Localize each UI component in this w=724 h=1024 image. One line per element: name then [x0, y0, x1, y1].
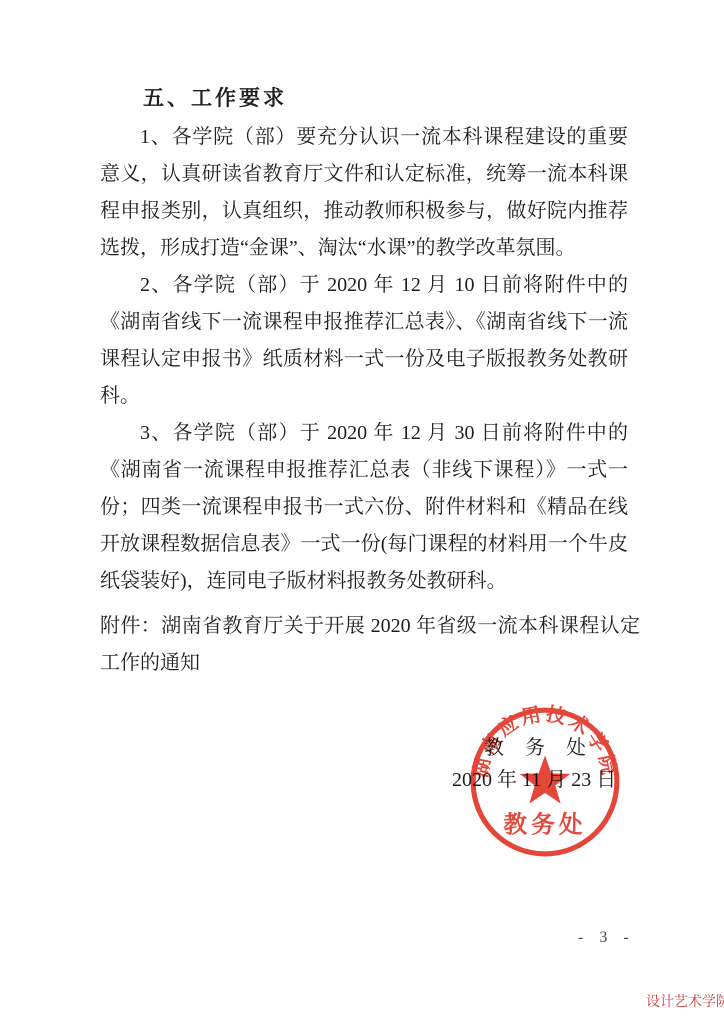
body-paragraph: 1、各学院（部）要充分认识一流本科课程建设的重要意义，认真研读省教育厅文件和认定…	[100, 119, 628, 267]
attachment-note: 附件：湖南省教育厅关于开展 2020 年省级一流本科课程认定工作的通知	[100, 608, 640, 682]
body-paragraph: 2、各学院（部）于 2020 年 12 月 10 日前将附件中的《湖南省线下一流…	[100, 267, 628, 415]
body-paragraph: 3、各学院（部）于 2020 年 12 月 30 日前将附件中的《湖南省一流课程…	[100, 415, 628, 600]
college-watermark: 设计艺术学院	[646, 991, 724, 1011]
seal-bottom-text: 教务处	[503, 810, 586, 838]
section-heading: 五、工作要求	[143, 82, 287, 112]
official-seal: 湖南应用技术学院 教务处	[468, 701, 622, 859]
document-page: 五、工作要求 1、各学院（部）要充分认识一流本科课程建设的重要意义，认真研读省教…	[0, 0, 724, 1024]
page-number: - 3 -	[578, 929, 635, 947]
document-body: 1、各学院（部）要充分认识一流本科课程建设的重要意义，认真研读省教育厅文件和认定…	[100, 119, 628, 600]
seal-star-icon	[520, 755, 571, 803]
